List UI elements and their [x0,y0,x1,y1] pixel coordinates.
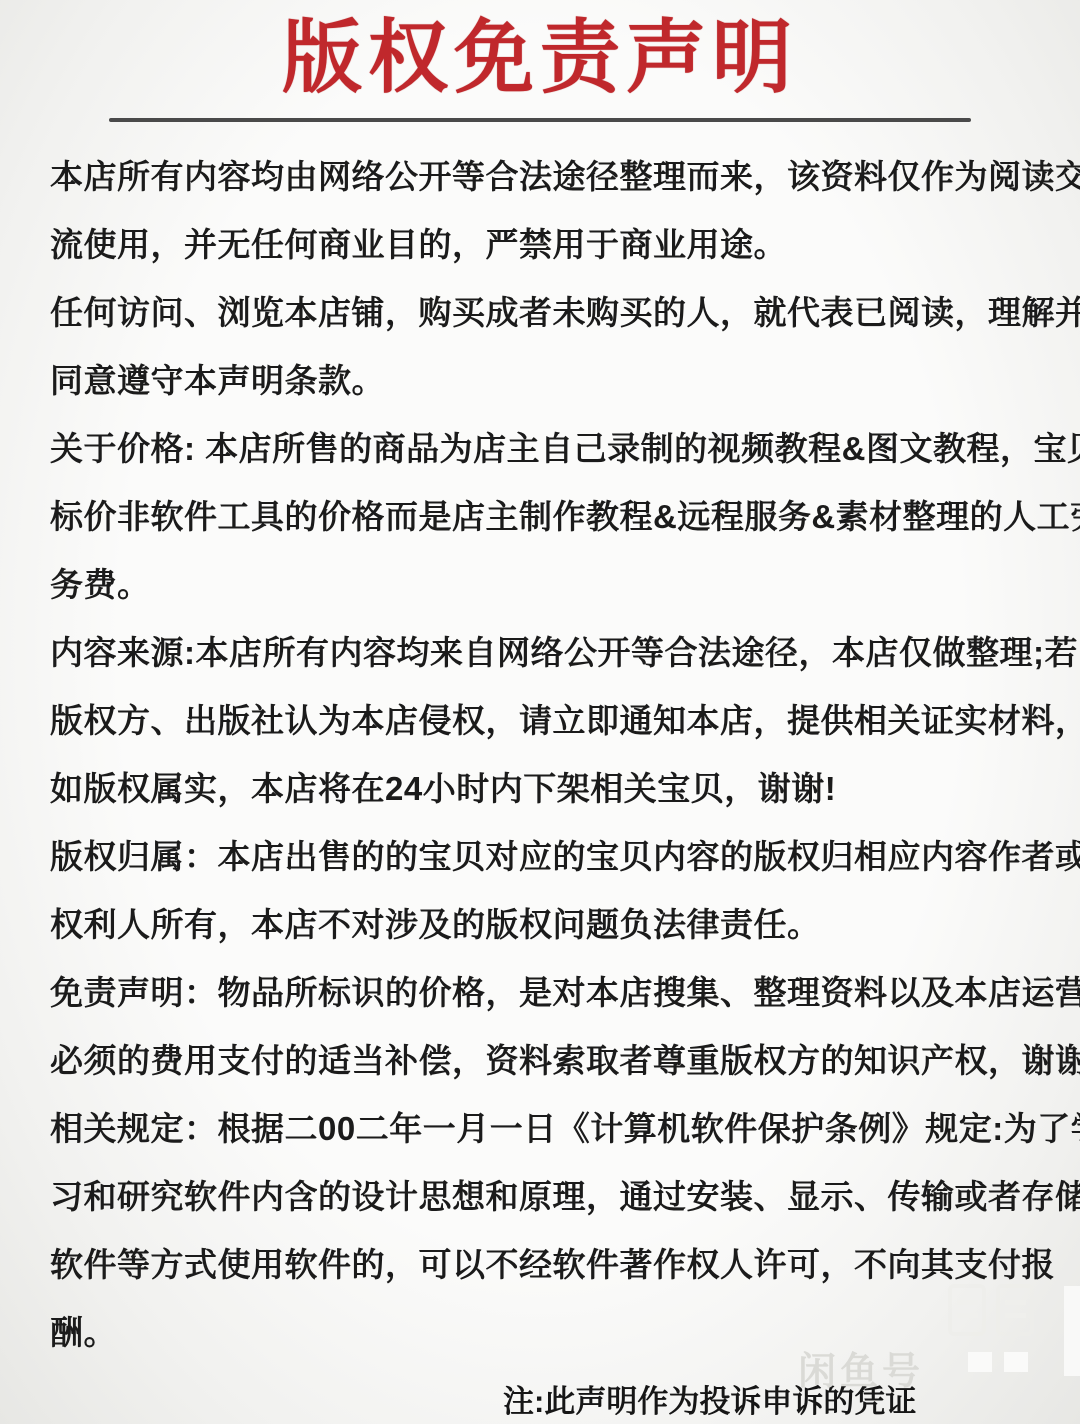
paragraph: 关于价格: 本店所售的商品为店主自己录制的视频教程&图文教程，宝贝 标价非软件工… [50,412,1035,616]
watermark-blocks [968,1352,1028,1372]
text-line: 本店所有内容均由网络公开等合法途径整理而来，该资料仅作为阅读交 [50,140,1035,208]
text-line: 任何访问、浏览本店铺，购买成者未购买的人，就代表已阅读，理解并 [50,276,1035,344]
paragraph: 内容来源:本店所有内容均来自网络公开等合法途径，本店仅做整理;若 版权方、出版社… [50,616,1035,820]
text-line: 软件等方式使用软件的，可以不经软件著作权人许可，不向其支付报 [50,1228,1035,1296]
paragraph: 相关规定：根据二00二年一月一日《计算机软件保护条例》规定:为了学 习和研究软件… [50,1092,1035,1364]
paragraph: 本店所有内容均由网络公开等合法途径整理而来，该资料仅作为阅读交 流使用，并无任何… [50,140,1035,276]
text-line: 同意遵守本声明条款。 [50,344,1035,412]
text-line: 内容来源:本店所有内容均来自网络公开等合法途径，本店仅做整理;若 [50,616,1035,684]
xianyu-logo-watermark-icon [948,1284,1034,1336]
paragraph: 任何访问、浏览本店铺，购买成者未购买的人，就代表已阅读，理解并 同意遵守本声明条… [50,276,1035,412]
disclaimer-document: 版权免责声明 本店所有内容均由网络公开等合法途径整理而来，该资料仅作为阅读交 流… [0,0,1080,1424]
text-line: 标价非软件工具的价格而是店主制作教程&远程服务&素材整理的人工劳 [50,480,1035,548]
text-line: 如版权属实，本店将在24小时内下架相关宝贝，谢谢! [50,752,1035,820]
text-line: 习和研究软件内含的设计思想和原理，通过安装、显示、传输或者存储 [50,1160,1035,1228]
text-line: 版权归属：本店出售的的宝贝对应的宝贝内容的版权归相应内容作者或 [50,820,1035,888]
text-line: 版权方、出版社认为本店侵权，请立即通知本店，提供相关证实材料， [50,684,1035,752]
page-title: 版权免责声明 [0,0,1080,106]
text-line: 权利人所有，本店不对涉及的版权问题负法律责任。 [50,888,1035,956]
paragraph: 免责声明：物品所标识的价格，是对本店搜集、整理资料以及本店运营 必须的费用支付的… [50,956,1035,1092]
watermark-strip [1064,1286,1080,1376]
document-body: 本店所有内容均由网络公开等合法途径整理而来，该资料仅作为阅读交 流使用，并无任何… [50,140,1035,1424]
text-line: 流使用，并无任何商业目的，严禁用于商业用途。 [50,208,1035,276]
text-line: 免责声明：物品所标识的价格，是对本店搜集、整理资料以及本店运营 [50,956,1035,1024]
watermark-text: 闲鱼号 [798,1340,924,1395]
title-divider-rule [109,118,971,122]
text-line: 关于价格: 本店所售的商品为店主自己录制的视频教程&图文教程，宝贝 [50,412,1035,480]
text-line: 相关规定：根据二00二年一月一日《计算机软件保护条例》规定:为了学 [50,1092,1035,1160]
paragraph: 版权归属：本店出售的的宝贝对应的宝贝内容的版权归相应内容作者或 权利人所有，本店… [50,820,1035,956]
text-line: 务费。 [50,548,1035,616]
text-line: 必须的费用支付的适当补偿，资料索取者尊重版权方的知识产权，谢谢! [50,1024,1035,1092]
